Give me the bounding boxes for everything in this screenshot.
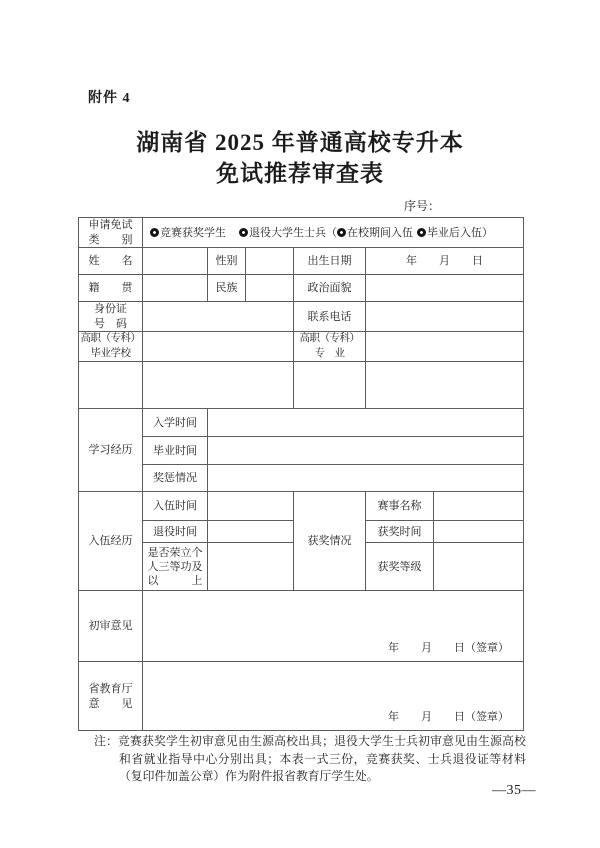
gender-label: 性别 (208, 248, 246, 275)
option-enlist-in-school: 在校期间入伍 (337, 226, 413, 240)
political-status-label: 政治面貌 (294, 275, 366, 302)
page-number: —35— (492, 783, 536, 799)
gender-value-cell (246, 248, 294, 275)
discharge-time-value-cell (208, 521, 294, 543)
option-veteran-soldier: 退役大学生士兵（ (239, 226, 337, 240)
option-label: 在校期间入伍 (347, 227, 413, 239)
application-form-table: 申请免试 类 别 竞赛获奖学生退役大学生士兵（在校期间入伍毕业后入伍） 姓 名 … (78, 217, 524, 731)
competition-name-label: 赛事名称 (366, 492, 434, 521)
graduation-time-value-cell (208, 437, 524, 465)
college-label: 高职（专科） 毕业学校 (79, 332, 143, 362)
initial-review-label: 初审意见 (79, 591, 143, 662)
option-label: 竞赛获奖学生 (160, 227, 226, 239)
birth-date-value-cell: 年 月 日 (366, 248, 524, 275)
option-enlist-after-graduation: 毕业后入伍） (417, 226, 493, 240)
spare-row-value-cell-2 (294, 362, 366, 409)
title-line-1: 湖南省 2025 年普通高校专升本 (0, 127, 600, 158)
initial-review-sign-cell: 年 月 日（签章） (143, 591, 524, 662)
birth-date-label: 出生日期 (294, 248, 366, 275)
dept-review-label-line1: 省教育厅 (79, 682, 142, 696)
option-competition-winner: 竞赛获奖学生 (150, 226, 226, 240)
graduation-time-label: 毕业时间 (143, 437, 208, 465)
radio-icon (417, 228, 426, 237)
spare-row-value-cell-1 (143, 362, 294, 409)
radio-icon (150, 228, 159, 237)
merit-citation-line2: 人三等功及 (143, 560, 207, 574)
ethnicity-value-cell (246, 275, 294, 302)
merit-citation-value-cell (208, 543, 294, 591)
major-value-cell (366, 332, 524, 362)
native-place-label: 籍 贯 (79, 275, 143, 302)
award-time-label: 获奖时间 (366, 521, 434, 543)
id-number-label-line2: 号 码 (79, 317, 142, 331)
radio-icon (239, 228, 248, 237)
native-place-value-cell (143, 275, 208, 302)
id-number-label: 身份证 号 码 (79, 302, 143, 332)
attachment-label: 附件 4 (88, 87, 131, 107)
dept-review-sign-cell: 年 月 日（签章） (143, 662, 524, 731)
major-label-line2: 专 业 (294, 347, 365, 361)
serial-number-label: 序号： (404, 197, 440, 214)
phone-value-cell (366, 302, 524, 332)
category-options-cell: 竞赛获奖学生退役大学生士兵（在校期间入伍毕业后入伍） (143, 218, 524, 248)
award-situation-label: 获奖情况 (294, 492, 366, 591)
dept-review-label: 省教育厅 意 见 (79, 662, 143, 731)
name-label: 姓 名 (79, 248, 143, 275)
enlistment-time-value-cell (208, 492, 294, 521)
enrollment-time-label: 入学时间 (143, 409, 208, 437)
spare-row-label-cell (79, 362, 143, 409)
category-label-line2: 类 别 (79, 233, 142, 247)
category-label-line1: 申请免试 (79, 218, 142, 232)
category-label: 申请免试 类 别 (79, 218, 143, 248)
merit-citation-line3: 以 上 (143, 574, 207, 588)
spare-row-value-cell-3 (366, 362, 524, 409)
award-level-label: 获奖等级 (366, 543, 434, 591)
document-title: 湖南省 2025 年普通高校专升本 免试推荐审查表 (0, 127, 600, 189)
serial-number-row: 序号： (78, 197, 523, 214)
discharge-time-label: 退役时间 (143, 521, 208, 543)
award-time-value-cell (434, 521, 524, 543)
merit-citation-label: 是否荣立个 人三等功及 以 上 (143, 543, 208, 591)
document-page: 附件 4 湖南省 2025 年普通高校专升本 免试推荐审查表 序号： 申请免试 … (0, 0, 600, 848)
option-label: 毕业后入伍） (427, 227, 493, 239)
phone-label: 联系电话 (294, 302, 366, 332)
footnote: 注：竞赛获奖学生初审意见由生源高校出具；退役大学生士兵初审意见由生源高校和省就业… (94, 733, 526, 786)
radio-icon (337, 228, 346, 237)
competition-name-value-cell (434, 492, 524, 521)
college-value-cell (143, 332, 294, 362)
study-experience-label: 学习经历 (79, 409, 143, 492)
award-level-value-cell (434, 543, 524, 591)
enlistment-time-label: 入伍时间 (143, 492, 208, 521)
enrollment-time-value-cell (208, 409, 524, 437)
political-status-value-cell (366, 275, 524, 302)
name-value-cell (143, 248, 208, 275)
merit-citation-line1: 是否荣立个 (143, 546, 207, 560)
id-number-label-line1: 身份证 (79, 302, 142, 316)
military-experience-label: 入伍经历 (79, 492, 143, 591)
footnote-prefix: 注： (94, 734, 118, 748)
title-line-2: 免试推荐审查表 (0, 158, 600, 189)
option-label: 退役大学生士兵（ (249, 227, 337, 239)
major-label: 高职（专科） 专 业 (294, 332, 366, 362)
id-number-value-cell (143, 302, 294, 332)
rewards-punishments-value-cell (208, 465, 524, 492)
college-label-line2: 毕业学校 (79, 347, 142, 361)
rewards-punishments-label: 奖惩情况 (143, 465, 208, 492)
college-label-line1: 高职（专科） (79, 332, 142, 346)
dept-review-label-line2: 意 见 (79, 697, 142, 711)
footnote-text: 竞赛获奖学生初审意见由生源高校出具；退役大学生士兵初审意见由生源高校和省就业指导… (118, 734, 526, 783)
major-label-line1: 高职（专科） (294, 332, 365, 346)
ethnicity-label: 民族 (208, 275, 246, 302)
